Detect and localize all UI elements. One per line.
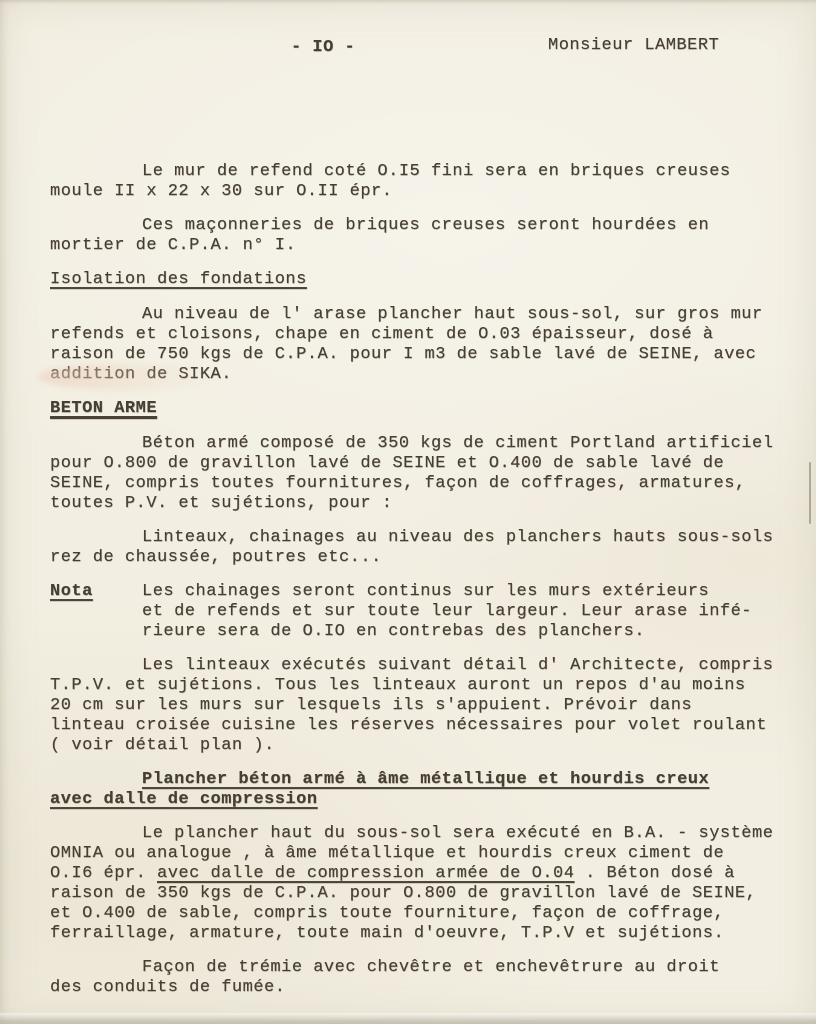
nota-text: Les chainages seront continus sur les mu… [142,582,780,642]
scanned-document-page: - IO - Monsieur LAMBERT Le mur de refend… [0,0,816,1024]
scan-artifact-line [809,462,811,524]
heading-isolation-fondations: Isolation des fondations [50,270,780,290]
nota-label-text: Nota [50,582,93,601]
plancher-text-underlined: avec dalle de compression armée de O.04 [157,864,574,883]
paragraph-isolation: Au niveau de l' arase plancher haut sous… [50,305,780,385]
heading-isolation-text: Isolation des fondations [50,270,307,289]
page-number: - IO - [291,38,355,58]
scan-edge-bottom [0,1013,816,1024]
document-body: Le mur de refend coté O.I5 fini sera en … [50,162,780,1012]
heading-beton-text: BETON ARME [50,399,157,418]
page-header: - IO - Monsieur LAMBERT [0,38,816,60]
paragraph-beton-compose: Béton armé composé de 350 kgs de ciment … [50,434,780,514]
paragraph-linteaux-detail: Les linteaux exécutés suivant détail d' … [50,656,780,756]
paragraph-plancher: Le plancher haut du sous-sol sera exécut… [50,824,780,944]
heading-beton-arme: BETON ARME [50,399,780,419]
nota-label: Nota [50,582,142,642]
scan-edge-top [0,0,816,4]
paragraph-mur-refend: Le mur de refend coté O.I5 fini sera en … [50,162,780,202]
heading-plancher-text: Plancher béton armé à âme métallique et … [50,770,709,809]
nota-block: Nota Les chainages seront continus sur l… [50,582,780,642]
paragraph-linteaux-intro: Linteaux, chainages au niveau des planch… [50,528,780,568]
heading-plancher: Plancher béton armé à âme métallique et … [50,770,780,810]
paragraph-maconneries: Ces maçonneries de briques creuses seron… [50,216,780,256]
addressee-name: Monsieur LAMBERT [548,36,719,56]
paragraph-tremie: Façon de trémie avec chevêtre et enchevê… [50,958,780,998]
